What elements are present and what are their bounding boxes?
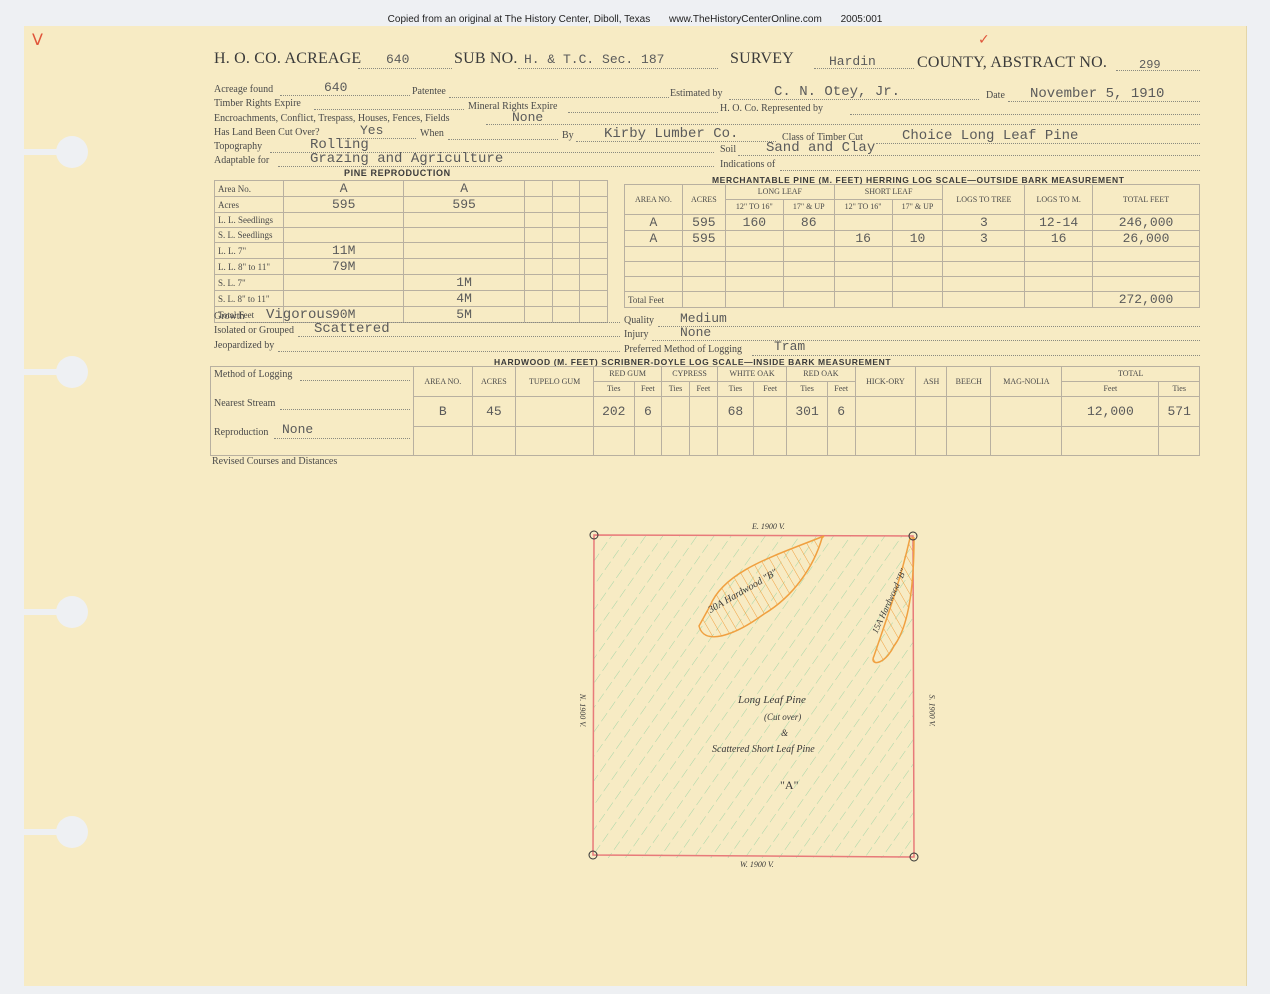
hardwood-table: AREA NO.ACRESTUPELO GUMRED GUMCYPRESSWHI… [210,366,1200,456]
timber-rights-label: Timber Rights Expire [214,98,301,109]
injury-value: None [680,325,711,340]
sketch-south-label: S. 1900 V. [927,695,936,727]
soil-value: Sand and Clay [766,140,875,156]
table-row: L. L. Seedlings [215,213,608,228]
isolated-label: Isolated or Grouped [214,325,294,336]
encroachments-value: None [512,110,543,125]
class-of-timber-value: Choice Long Leaf Pine [902,128,1078,144]
sketch-west-label: W. 1900 V. [740,860,774,869]
acreage-label: H. O. CO. ACREAGE [214,50,361,68]
sketch-main-line1: Long Leaf Pine [738,694,806,706]
table-row: B45202668301612,000571 [211,397,1200,427]
county-value: Hardin [829,54,876,69]
survey-label: SURVEY [730,50,794,68]
growth-label: Growth [214,311,245,322]
cut-over-value: Yes [360,123,383,138]
table-row: S. L. 7"1M [215,275,608,291]
quality-label: Quality [624,315,654,326]
topography-label: Topography [214,141,262,152]
punch-hole [56,136,88,168]
represented-by-label: H. O. Co. Represented by [720,103,823,114]
table-row: A595161031626,000 [625,231,1200,247]
merchantable-pine-table: AREA NO.ACRESLONG LEAFSHORT LEAFLOGS TO … [624,184,1200,308]
estimated-by-value: C. N. Otey, Jr. [774,84,900,100]
banner-code: 2005:001 [841,14,883,25]
pine-reproduction-table: Area No.AA Acres595595 L. L. Seedlings S… [214,180,608,323]
abstract-value: 299 [1139,58,1161,72]
sketch-north-label: N. 1900 V. [578,694,587,727]
quality-value: Medium [680,311,727,326]
archive-banner: Copied from an original at The History C… [0,14,1270,25]
county-abstract-label: COUNTY, ABSTRACT NO. [917,54,1107,72]
isolated-value: Scattered [314,321,390,337]
table-row: Total Feet272,000 [625,292,1200,308]
sketch-main-line4: Scattered Short Leaf Pine [712,744,815,755]
banner-source: Copied from an original at The History C… [388,14,651,25]
by-value: Kirby Lumber Co. [604,126,738,142]
sub-no-label: SUB NO. [454,50,518,68]
acreage-value: 640 [386,52,409,67]
table-row: A59516086312-14246,000 [625,215,1200,231]
sketch-east-label: E. 1900 V. [752,522,785,531]
survey-sketch: E. 1900 V. W. 1900 V. N. 1900 V. S. 1900… [584,526,944,891]
date-label: Date [986,90,1005,101]
table-row [211,427,1200,456]
injury-label: Injury [624,329,648,340]
adaptable-for-label: Adaptable for [214,155,269,166]
table-row: S. L. Seedlings [215,228,608,243]
sub-no-value: H. & T.C. Sec. 187 [524,52,664,67]
sketch-area-label: "A" [780,778,798,793]
revised-courses-label: Revised Courses and Distances [212,456,337,467]
indications-label: Indications of [720,159,775,170]
pine-reproduction-title: PINE REPRODUCTION [344,168,451,178]
jeopardized-label: Jeopardized by [214,340,274,351]
sketch-main-line3: & [781,728,788,738]
preferred-logging-value: Tram [774,339,805,354]
estimated-by-label: Estimated by [670,88,723,99]
banner-url: www.TheHistoryCenterOnline.com [669,14,822,25]
table-row: S. L. 8" to 11"4M [215,291,608,307]
table-row [625,262,1200,277]
preferred-logging-label: Preferred Method of Logging [624,344,742,355]
corner-mark: V [32,30,43,49]
table-row: L. L. 8" to 11"79M [215,259,608,275]
adaptable-for-value: Grazing and Agriculture [310,151,503,167]
punch-hole [56,596,88,628]
encroachments-label: Encroachments, Conflict, Trespass, House… [214,113,450,124]
check-mark: ✓ [978,32,990,48]
soil-label: Soil [720,144,736,155]
acreage-found-value: 640 [324,80,347,95]
sketch-main-line2: (Cut over) [764,712,801,722]
cut-over-label: Has Land Been Cut Over? [214,127,320,138]
table-row: Acres595595 [215,197,608,213]
table-row [625,277,1200,292]
by-label: By [562,130,574,141]
date-value: November 5, 1910 [1030,86,1164,102]
land-record-form: V ✓ H. O. CO. ACREAGE 640 SUB NO. H. & T… [24,26,1247,986]
punch-hole [56,356,88,388]
table-row [625,247,1200,262]
patentee-label: Patentee [412,86,446,97]
punch-hole [56,816,88,848]
table-row: Area No.AA [215,181,608,197]
when-label: When [420,128,444,139]
table-row: L. L. 7"11M [215,243,608,259]
acreage-found-label: Acreage found [214,84,273,95]
